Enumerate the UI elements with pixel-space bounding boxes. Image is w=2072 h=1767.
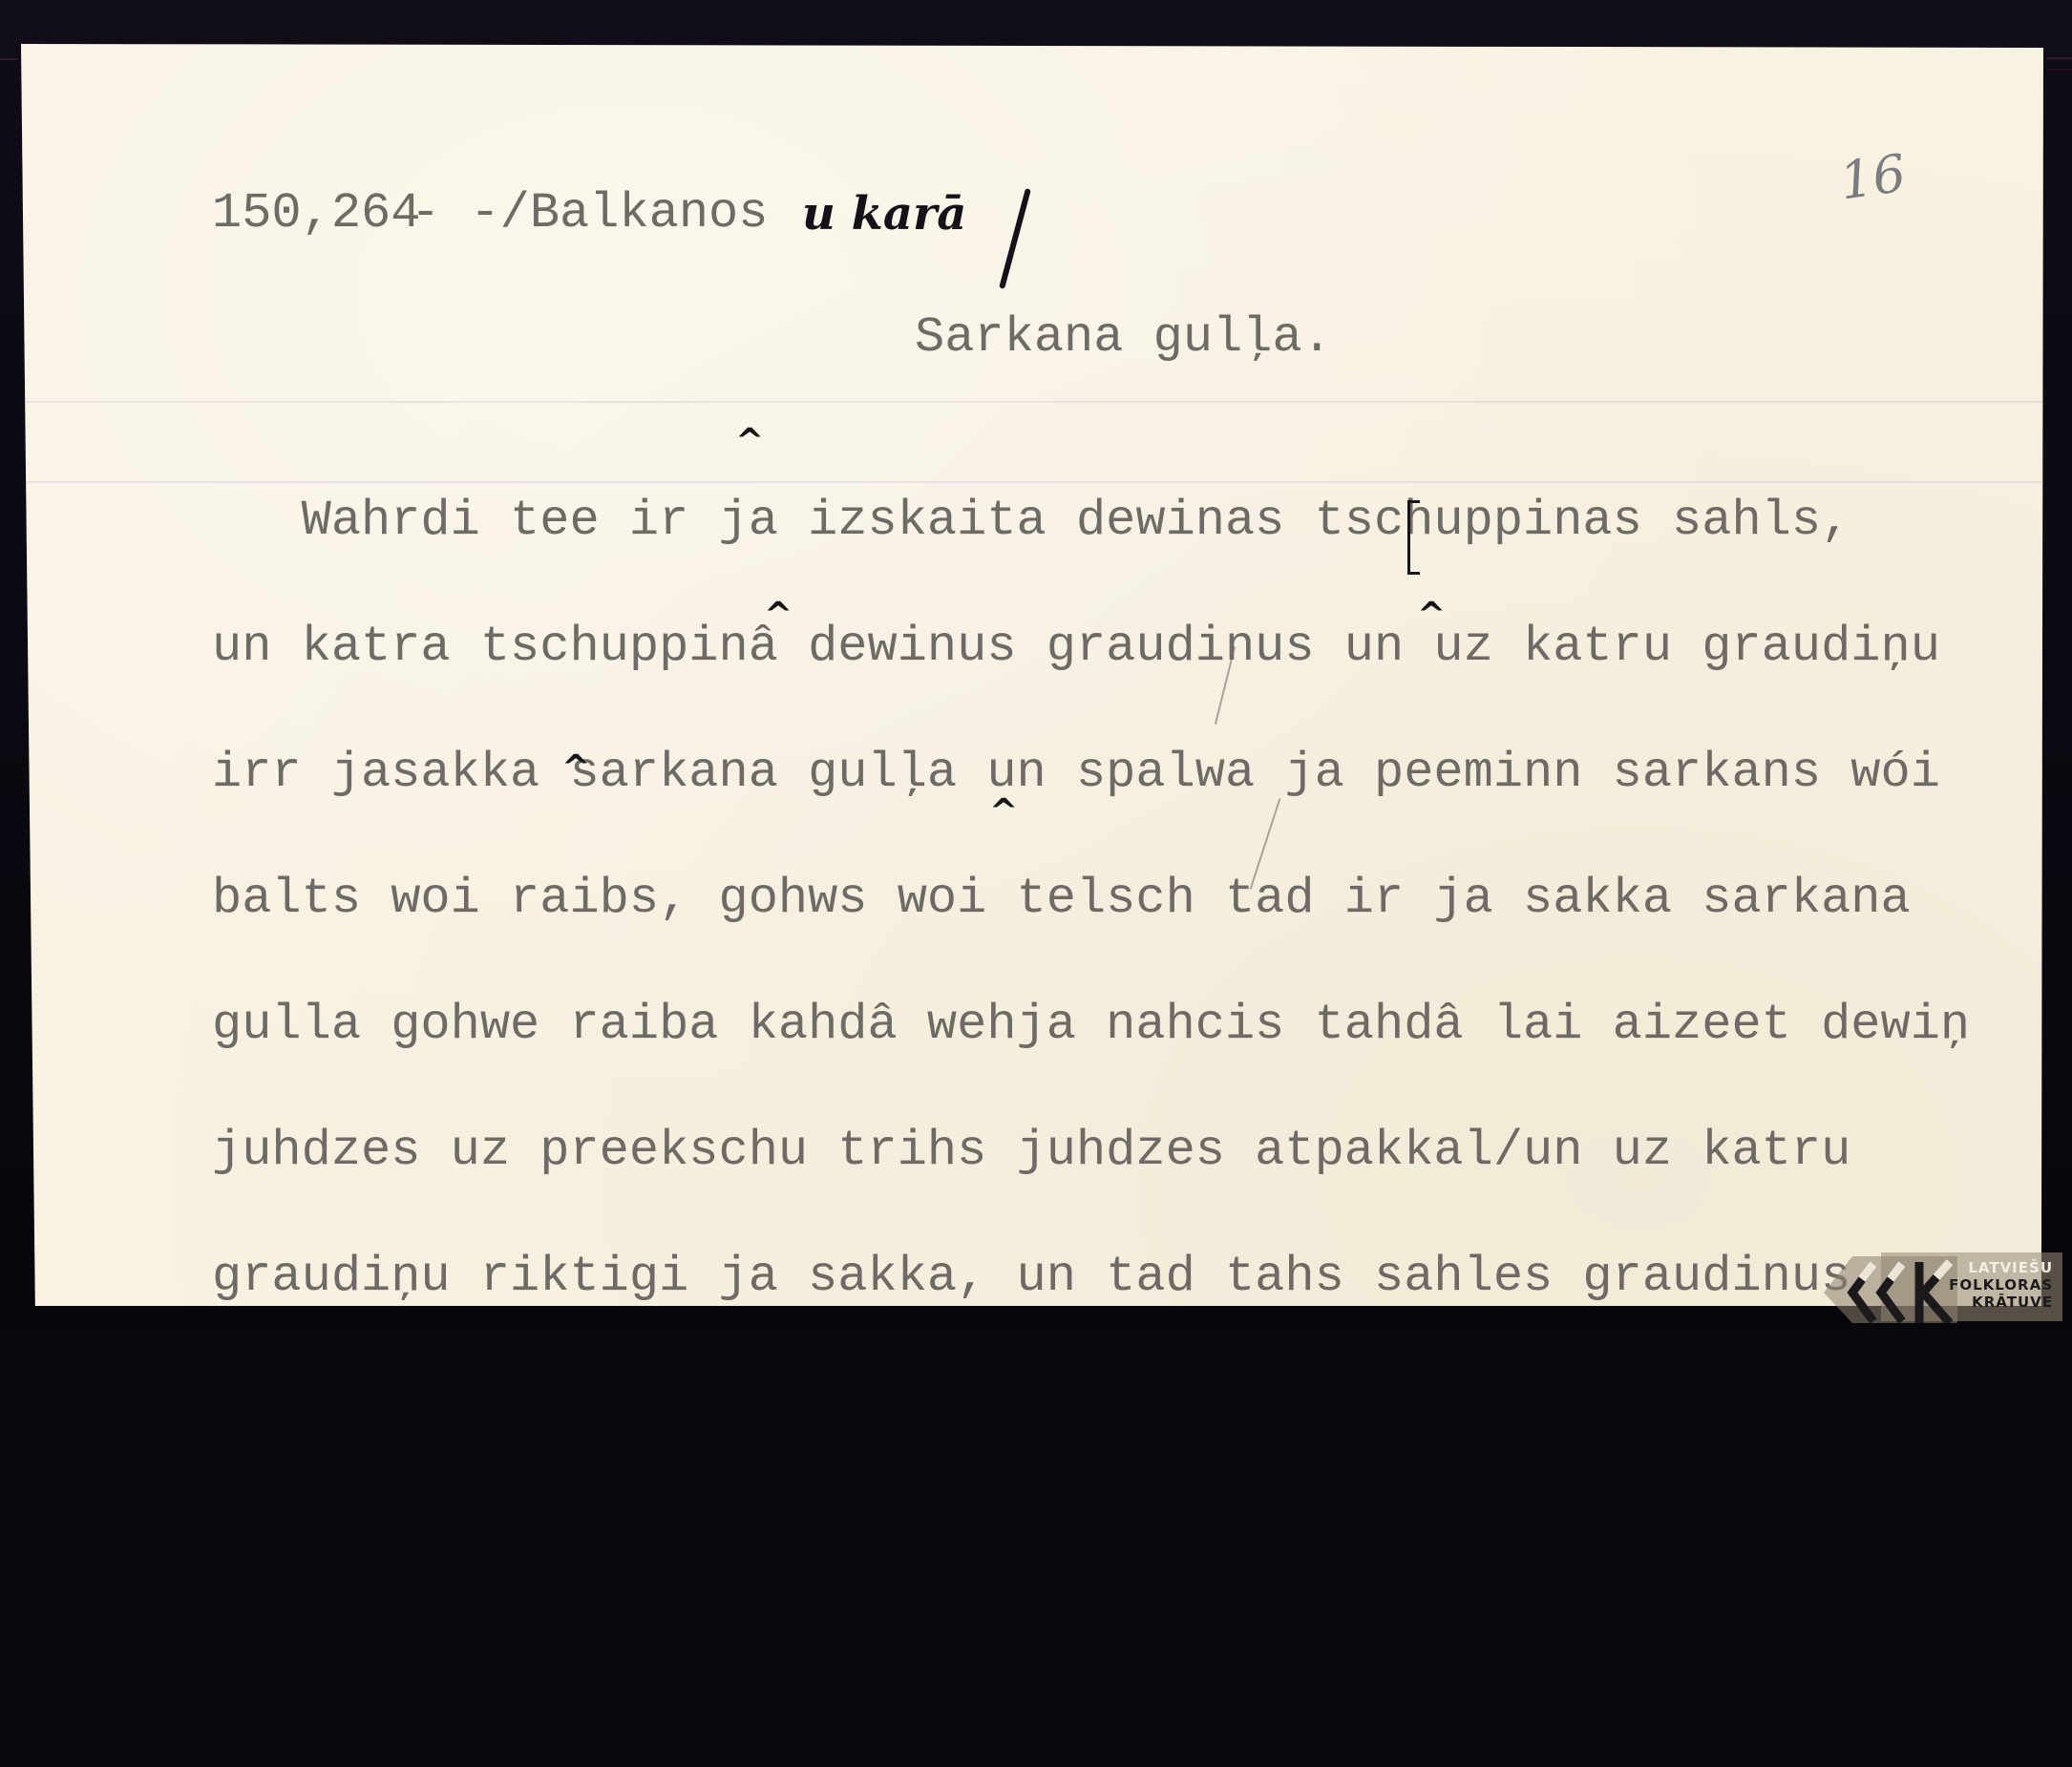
watermark-line-3: KRĀTUVE [1972, 1294, 2053, 1310]
body-line: irr jasakka sarkana gulļa un spalwa ja p… [212, 752, 1970, 794]
caret-mark: ^ [989, 792, 1018, 831]
watermark-line-2: FOLKLORAS [1949, 1277, 2053, 1293]
ruled-line [21, 401, 2043, 403]
scan-streak [2047, 57, 2072, 59]
scan-streak [2047, 69, 2072, 71]
index-card: 150,264 - -/Balkanos u karā 16 Sarkana g… [21, 44, 2043, 1306]
lfk-logo-icon [1824, 1256, 1957, 1323]
handwritten-correction: u karā [802, 187, 966, 241]
caret-mark: ^ [561, 748, 590, 788]
body-line: balts woi raibs, gohws woi telsch tad ir… [212, 878, 1970, 920]
page-number: 16 [1836, 143, 1910, 212]
caret-mark: ^ [1417, 596, 1446, 635]
scan-streak [0, 58, 17, 60]
body-line: gulla gohwe raiba kahdâ wehja nahcis tah… [212, 1004, 1970, 1046]
reference-title: - -/Balkanos [411, 193, 768, 235]
body-line: un katra tschuppinâ dewinus graudinus un… [212, 626, 1970, 668]
bracket-mark [1407, 500, 1420, 575]
reference-number: 150,264 [212, 193, 420, 235]
document-body: Wahrdi tee ir ja izskaita dewinas tschup… [212, 416, 1970, 1330]
caret-mark: ^ [764, 596, 793, 635]
archive-watermark: LATVIEŠU FOLKLORAS KRĀTUVE [1824, 1252, 2062, 1327]
body-line: juhdzes uz preekschu trihs juhdzes atpak… [212, 1130, 1970, 1172]
handwritten-slash [999, 188, 1031, 289]
body-line: graudiņu riktigi ja sakka, un tad tahs s… [212, 1256, 1970, 1298]
watermark-line-1: LATVIEŠU [1968, 1260, 2053, 1275]
document-heading: Sarkana gulļa. [915, 317, 1332, 359]
body-line: Wahrdi tee ir ja izskaita dewinas tschup… [212, 500, 1970, 542]
scan-background: 150,264 - -/Balkanos u karā 16 Sarkana g… [0, 0, 2072, 1330]
caret-mark: ^ [735, 422, 764, 461]
